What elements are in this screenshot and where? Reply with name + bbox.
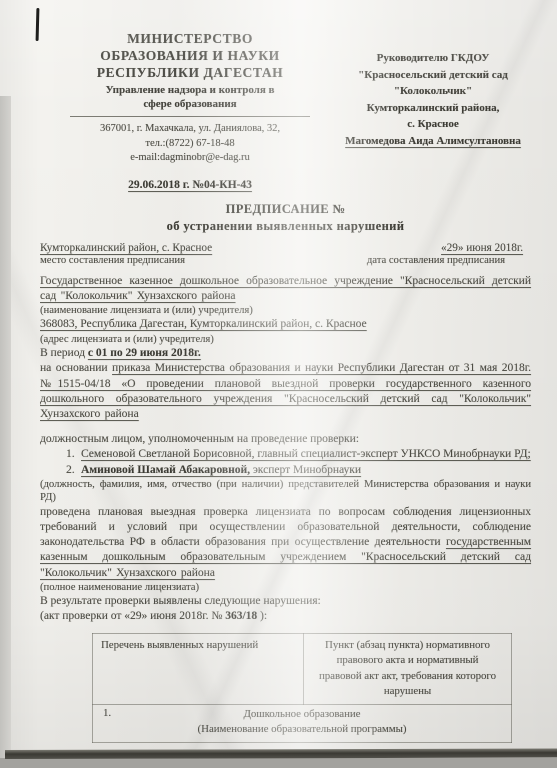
addressee-line: Кумторкалинский района, (329, 100, 537, 117)
date-of-issue-label: дата составления предписания (367, 255, 505, 266)
violations-table-row: 1. Дошкольное образование (Наименование … (93, 704, 512, 742)
inspection-act-number: 363/18 (225, 610, 257, 622)
letterhead: МИНИСТЕРСТВО ОБРАЗОВАНИЯ И НАУКИ РЕСПУБЛ… (40, 30, 531, 193)
sender-contact: 367001, г. Махачкала, ул. Даниялова, 32,… (52, 122, 328, 166)
inspection-act-suffix: ): (257, 610, 267, 622)
officials-list: 1.Семеновой Светланой Борисовной, главны… (40, 447, 531, 477)
addressee-block: Руководителю ГКДОУ "Красносельский детск… (329, 50, 537, 149)
document-title-line2: об устранении выявленных нарушений (40, 218, 531, 235)
official-item-1-text: Семеновой Светланой Борисовной, главный … (81, 448, 531, 460)
official-item-2-role: эксперт Минобрнауки (250, 464, 361, 476)
document-number: 29.06.2018 г. №04-КН-43 (128, 179, 252, 191)
order-basis-prefix: на основании (40, 362, 112, 374)
official-item-2-name: Аминовой Шамай Абакаровной, (81, 464, 250, 476)
page-bottom-edge-shadow (5, 749, 557, 759)
order-basis: на основании приказа Министерства образо… (40, 361, 531, 422)
scanner-left-edge (0, 96, 11, 768)
licensee-full-name-label: (полное наименование лицензиата) (40, 581, 531, 595)
scanned-document-page: МИНИСТЕРСТВО ОБРАЗОВАНИЯ И НАУКИ РЕСПУБЛ… (0, 0, 557, 768)
official-item-1: 1.Семеновой Светланой Борисовной, главны… (66, 447, 531, 462)
inspection-act-prefix: (акт проверки от «29» июня 2018г. № (40, 610, 225, 622)
department-name-line: сфере образования (52, 97, 328, 111)
officials-label: (должность, фамилия, имя, отчество (при … (40, 478, 531, 505)
inspection-description: проведена плановая выездная проверка лиц… (40, 505, 531, 581)
department-name: Управление надзора и контроля в сфере об… (52, 83, 328, 111)
place-of-issue: Кумторкалинский район, с. Красное (40, 242, 212, 254)
document-title: ПРЕДПИСАНИЕ № об устранении выявленных н… (40, 201, 531, 235)
violation-row-number: 1. (103, 707, 111, 719)
sender-email: e-mail:dagminobr@e-dag.ru (52, 151, 328, 166)
ministry-name-line: РЕСПУБЛИКИ ДАГЕСТАН (52, 64, 328, 81)
document-content: МИНИСТЕРСТВО ОБРАЗОВАНИЯ И НАУКИ РЕСПУБЛ… (0, 0, 557, 768)
inspection-period: В период с 01 по 29 июня 2018г. (40, 346, 531, 361)
violations-table-header-row: Перечень выявленных нарушений Пункт (абз… (93, 633, 512, 704)
officials-intro: должностным лицом, уполномоченным на про… (40, 432, 531, 447)
inspection-period-prefix: В период (40, 347, 88, 359)
ministry-name-line: ОБРАЗОВАНИЯ И НАУКИ (52, 47, 328, 64)
inspection-act: (акт проверки от «29» июня 2018г. № 363/… (40, 609, 531, 624)
addressee-line: "Колокольчик" (329, 83, 537, 100)
addressee-line: с. Красное (329, 116, 537, 133)
violations-row-cell: 1. Дошкольное образование (Наименование … (93, 704, 512, 742)
official-item-2: 2.Аминовой Шамай Абакаровной, эксперт Ми… (66, 463, 531, 478)
order-basis-text: приказа Министерства образования и науки… (40, 362, 531, 420)
ministry-name-line: МИНИСТЕРСТВО (52, 30, 328, 47)
department-name-line: Управление надзора и контроля в (52, 83, 328, 97)
sender-block: МИНИСТЕРСТВО ОБРАЗОВАНИЯ И НАУКИ РЕСПУБЛ… (52, 30, 328, 193)
scanner-bottom-edge (0, 758, 557, 768)
document-title-line1: ПРЕДПИСАНИЕ № (40, 201, 531, 218)
sender-phone: тел.:(8722) 67-18-48 (52, 137, 328, 152)
licensee-name-label: (наименование лицензиата и (или) учредит… (40, 304, 531, 318)
licensee-name: Государственное казенное дошкольное обра… (40, 274, 531, 304)
education-program-title: Дошкольное образование (99, 707, 505, 722)
education-program-label: (Наименование образовательной программы) (99, 722, 505, 737)
addressee-line: "Красносельский детский сад (329, 67, 537, 84)
letterhead-divider (70, 116, 310, 117)
sender-address: 367001, г. Махачкала, ул. Даниялова, 32, (52, 122, 328, 137)
addressee-line: Руководителю ГКДОУ (329, 50, 537, 67)
inspection-period-value: с 01 по 29 июня 2018г. (88, 347, 201, 359)
date-of-issue: «29» июня 2018г. (441, 242, 523, 254)
issue-meta-values: Кумторкалинский район, с. Красное «29» и… (40, 242, 531, 254)
official-item-1-number: 1. (66, 447, 81, 462)
official-item-2-number: 2. (66, 463, 81, 478)
violations-table: Перечень выявленных нарушений Пункт (абз… (92, 633, 512, 743)
ministry-name: МИНИСТЕРСТВО ОБРАЗОВАНИЯ И НАУКИ РЕСПУБЛ… (52, 30, 328, 81)
violations-col1-header: Перечень выявленных нарушений (93, 633, 304, 704)
issue-meta-labels: место составления предписания дата соста… (40, 255, 531, 266)
violations-col2-header: Пункт (абзац пункта) нормативного правов… (304, 633, 512, 704)
licensee-address: 368083, Республика Дагестан, Кумторкалин… (40, 317, 531, 332)
licensee-address-label: (адрес лицензиата и (или) учредителя) (40, 333, 531, 347)
addressee-name: Магомедова Аида Алимсултановна (329, 133, 537, 150)
place-of-issue-label: место составления предписания (40, 255, 185, 266)
inspection-result: В результате проверки выявлены следующие… (40, 594, 531, 609)
